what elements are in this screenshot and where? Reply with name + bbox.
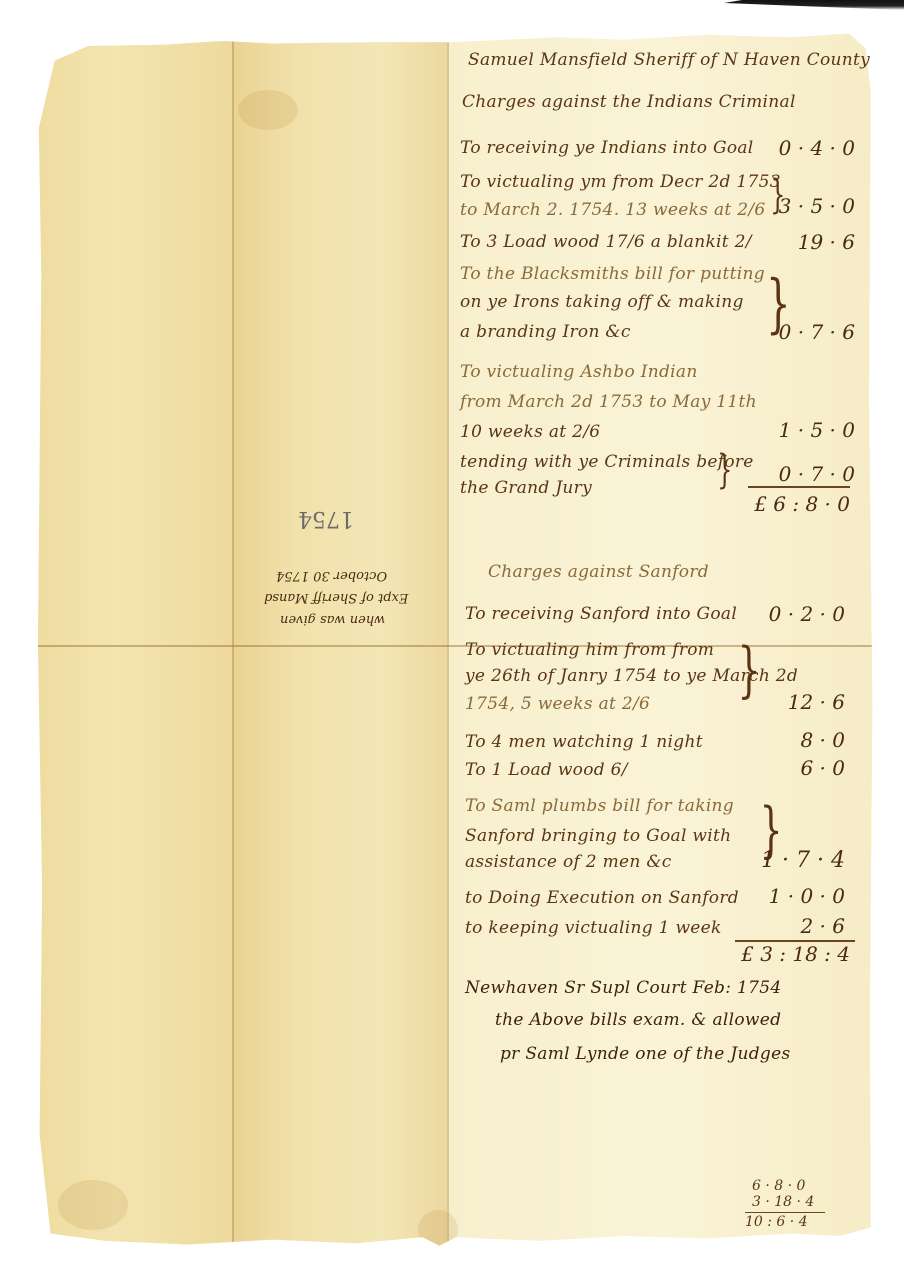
entry-text: to Doing Execution on Sanford (465, 888, 739, 908)
entry-amount: 3 · 5 · 0 (755, 194, 855, 218)
entry-text: To receiving Sanford into Goal (465, 604, 737, 624)
scan-edge-shadow (724, 0, 904, 10)
entry-text: To 1 Load wood 6/ (465, 760, 628, 780)
entry-amount: 1 · 7 · 4 (745, 848, 845, 873)
panel-left-inner (232, 30, 447, 1258)
approval-line: the Above bills exam. & allowed (495, 1010, 781, 1030)
entry-text: assistance of 2 men &c (465, 852, 672, 872)
tally-sum: 10 : 6 · 4 (745, 1214, 808, 1230)
entry-text: To the Blacksmiths bill for putting (460, 264, 765, 284)
entry-amount: 8 · 0 (745, 728, 845, 752)
entry-text: 1754, 5 weeks at 2/6 (465, 694, 650, 714)
entry-amount: 6 · 0 (745, 756, 845, 780)
entry-amount: 0 · 7 · 0 (755, 462, 855, 486)
brace: } (717, 450, 732, 490)
total-rule (748, 486, 850, 488)
entry-text: the Grand Jury (460, 478, 592, 498)
entry-amount: 12 · 6 (745, 690, 845, 714)
endorsement-line: October 30 1754 (276, 568, 387, 583)
approval-signature: pr Saml Lynde one of the Judges (500, 1044, 790, 1064)
entry-text: To victualing ym from Decr 2d 1753 (460, 172, 781, 192)
stain (238, 90, 298, 130)
fold-line-vertical-2 (447, 30, 449, 1258)
section1-total: £ 6 : 8 · 0 (730, 492, 850, 516)
document-heading: Samuel Mansfield Sheriff of N Haven Coun… (468, 50, 870, 70)
stain (418, 1210, 458, 1250)
panel-left-outer (38, 30, 232, 1258)
entry-text: To 4 men watching 1 night (465, 732, 703, 752)
endorsement-pencil-year: 1754 (298, 506, 354, 531)
approval-line: Newhaven Sr Supl Court Feb: 1754 (465, 978, 781, 998)
endorsement-line: Expt of Sheriff Mansd (264, 590, 408, 605)
entry-text: To victualing Ashbo Indian (460, 362, 698, 382)
entry-text: To receiving ye Indians into Goal (460, 138, 754, 158)
entry-text: To 3 Load wood 17/6 a blankit 2/ (460, 232, 752, 252)
entry-text: 10 weeks at 2/6 (460, 422, 600, 442)
entry-amount: 1 · 0 · 0 (745, 884, 845, 908)
entry-amount: 0 · 7 · 6 (755, 320, 855, 344)
entry-amount: 2 · 6 (745, 914, 845, 938)
entry-amount: 19 · 6 (755, 230, 855, 254)
tally-line: 6 · 8 · 0 (752, 1178, 805, 1194)
entry-text: To victualing him from from (465, 640, 714, 660)
entry-text: on ye Irons taking off & making (460, 292, 744, 312)
section2-title: Charges against Sanford (488, 562, 709, 582)
entry-text: to keeping victualing 1 week (465, 918, 722, 938)
tally-line: 3 · 18 · 4 (752, 1194, 814, 1210)
entry-amount: 0 · 4 · 0 (755, 136, 855, 160)
entry-text: a branding Iron &c (460, 322, 631, 342)
entry-text: tending with ye Criminals before (460, 452, 754, 472)
entry-text: Sanford bringing to Goal with (465, 826, 731, 846)
entry-amount: 1 · 5 · 0 (755, 418, 855, 442)
endorsement-line: when was given (280, 612, 385, 627)
stain (58, 1180, 128, 1230)
entry-amount: 0 · 2 · 0 (745, 602, 845, 626)
section1-title: Charges against the Indians Criminal (462, 92, 796, 112)
section2-total: £ 3 : 18 : 4 (715, 942, 850, 966)
entry-text: To Saml plumbs bill for taking (465, 796, 734, 816)
fold-line-vertical-1 (232, 30, 234, 1258)
entry-text: to March 2. 1754. 13 weeks at 2/6 (460, 200, 765, 220)
tally-rule (745, 1212, 825, 1213)
entry-text: from March 2d 1753 to May 11th (460, 392, 757, 412)
